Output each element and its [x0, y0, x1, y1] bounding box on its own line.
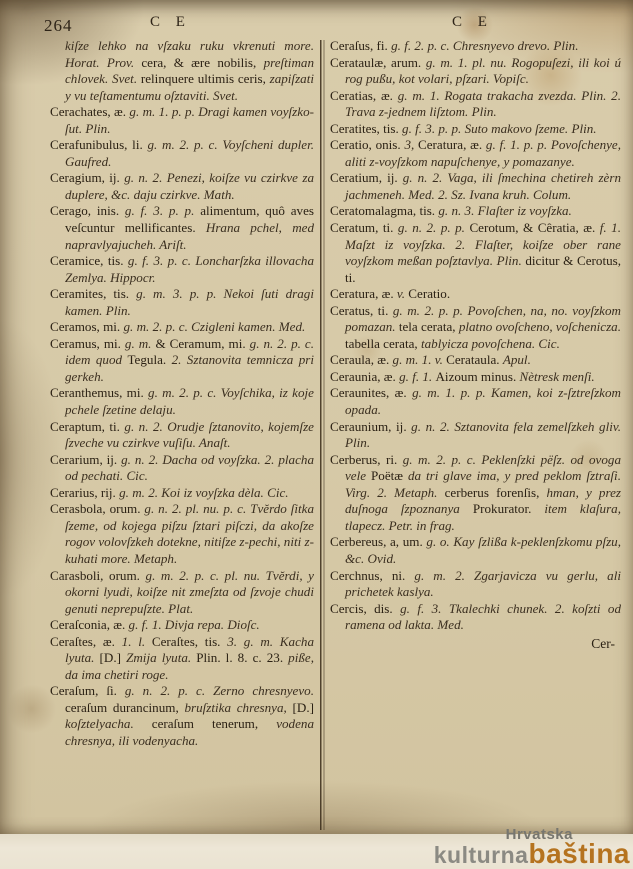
entry-headword-text: Ceratura, æ. [418, 137, 486, 152]
dictionary-entry: Ceramus, mi. g. m. & Ceramum, mi. g. n. … [50, 336, 314, 386]
entry-gloss-text: 1. l. [122, 634, 152, 649]
entry-gloss-text: Nètresk menſi. [520, 369, 595, 384]
dictionary-entry: Ceratium, ij. g. n. 2. Vaga, ili ſmechin… [330, 170, 621, 203]
text-columns: kiſze lehko na vſzaku ruku vkrenuti more… [50, 38, 621, 832]
entry-headword-text: Cerberus, ri. [330, 452, 403, 467]
dictionary-entry: Ceratura, æ. v. Ceratio. [330, 286, 621, 303]
entry-headword-text: Ceratias, æ. [330, 88, 398, 103]
paper-sheet: 264 C E C E kiſze lehko na vſzaku ruku v… [0, 0, 633, 834]
entry-headword-text: Ceratomalagma, tis. [330, 203, 438, 218]
entry-headword-text: Cercis, dis. [330, 601, 400, 616]
entry-headword-text: Ceranthemus, mi. [50, 385, 148, 400]
running-head-right: C E [452, 14, 493, 31]
watermark: Hrvatska kulturnabaština [434, 827, 630, 868]
entry-headword-text: [D.] [100, 650, 127, 665]
entry-headword-text: Ceraunium, ij. [330, 419, 411, 434]
dictionary-entry: Cerachates, æ. g. m. 1. p. p. Dragi kame… [50, 104, 314, 137]
dictionary-entry: Ceratum, ti. g. n. 2. p. p. Cerotum, & C… [330, 220, 621, 286]
entry-headword-text: Aizoum minus. [435, 369, 519, 384]
entry-gloss-text: Zmija lyuta. [126, 650, 196, 665]
entry-headword-text: tabella cerata, [345, 336, 421, 351]
entry-gloss-text: koſztelyacha. [65, 716, 152, 731]
dictionary-entry: Ceraunia, æ. g. f. 1. Aizoum minus. Nètr… [330, 369, 621, 386]
entry-gloss-text: g. m. 2. Koi iz voyſzka dèla. Cic. [119, 485, 288, 500]
dictionary-entry: Ceratites, tis. g. f. 3. p. p. Suto mako… [330, 121, 621, 138]
entry-gloss-text: platno ovoſcheno, voſchenicza. [459, 319, 621, 334]
entry-headword-text: [D.] [293, 700, 314, 715]
entry-headword-text: tela cerata, [399, 319, 459, 334]
dictionary-entry: Ceraula, æ. g. m. 1. v. Cerataula. Apul. [330, 352, 621, 369]
entry-headword-text: Ceratum, ti. [330, 220, 398, 235]
entry-headword-text: Cerafunibulus, li. [50, 137, 147, 152]
entry-gloss-text: g. f. 2. p. c. Chresnyevo drevo. Plin. [391, 38, 578, 53]
entry-headword-text: Ceraptum, ti. [50, 419, 124, 434]
dictionary-entry: Ceramites, tis. g. m. 3. p. p. Nekoi ſut… [50, 286, 314, 319]
entry-gloss-text: v. [397, 286, 408, 301]
entry-headword-text: Ceramus, mi. [50, 336, 125, 351]
dictionary-entry: Ceraſus, fi. g. f. 2. p. c. Chresnyevo d… [330, 38, 621, 55]
column-divider-rule [320, 40, 325, 830]
dictionary-entry: Cerchnus, ni. g. m. 2. Zgarjavicza vu ge… [330, 568, 621, 601]
entry-headword-text: Cerago, inis. [50, 203, 125, 218]
entry-headword-text: Cerotum, & Cêratia, æ. [469, 220, 599, 235]
entry-headword-text: Ceramos, mi. [50, 319, 123, 334]
entry-headword-text: Ceraſtes, tis. [152, 634, 227, 649]
dictionary-entry: Cerarius, rij. g. m. 2. Koi iz voyſzka d… [50, 485, 314, 502]
entry-gloss-text: g. f. 3. p. p. [125, 203, 200, 218]
dictionary-entry: Ceratus, ti. g. m. 2. p. p. Povoſchen, n… [330, 303, 621, 353]
dictionary-entry: Ceraſtes, æ. 1. l. Ceraſtes, tis. 3. g. … [50, 634, 314, 684]
dictionary-entry: Cerarium, ij. g. n. 2. Dacha od voyſzka.… [50, 452, 314, 485]
entry-headword-text: Cerchnus, ni. [330, 568, 414, 583]
dictionary-entry: Ceratomalagma, tis. g. n. 3. Flaſter iz … [330, 203, 621, 220]
entry-gloss-text: g. n. 2. p. c. Zerno chresnyevo. [125, 683, 314, 698]
entry-gloss-text: g. m. 2. p. c. Czigleni kamen. Med. [123, 319, 305, 334]
dictionary-entry: Ceratias, æ. g. m. 1. Rogata trakacha zv… [330, 88, 621, 121]
entry-headword-text: Ceratura, æ. [330, 286, 397, 301]
entry-gloss-text: g. m. [125, 336, 156, 351]
dictionary-entry: Carasboli, orum. g. m. 2. p. c. pl. nu. … [50, 568, 314, 618]
entry-headword-text: Ceratio. [408, 286, 450, 301]
dictionary-entry: Ceraſconia, æ. g. f. 1. Divja repa. Dioſ… [50, 617, 314, 634]
watermark-wordmark: kulturnabaština [434, 840, 630, 868]
entry-headword-text: Cerarium, ij. [50, 452, 121, 467]
dictionary-entry: Cerbereus, a, um. g. o. Kay ſzlißa k-pek… [330, 534, 621, 567]
entry-headword-text: Ceratium, ij. [330, 170, 403, 185]
entry-headword-text: Ceraunites, æ. [330, 385, 412, 400]
entry-headword-text: Cerachates, æ. [50, 104, 129, 119]
entry-headword-text: Ceratus, ti. [330, 303, 393, 318]
entry-headword-text: Ceraſus, fi. [330, 38, 391, 53]
entry-headword-text: Tegula. [127, 352, 171, 367]
entry-headword-text: Ceratio, onis. [330, 137, 404, 152]
entry-gloss-text: 3, [404, 137, 418, 152]
dictionary-entry: Ceragium, ij. g. n. 2. Penezi, koiſze vu… [50, 170, 314, 203]
book-page-scan: 264 C E C E kiſze lehko na vſzaku ruku v… [0, 0, 633, 869]
text-column-right: Ceraſus, fi. g. f. 2. p. c. Chresnyevo d… [330, 38, 621, 832]
entry-headword-text: Ceraſconia, æ. [50, 617, 129, 632]
entry-gloss-text: g. f. 3. p. p. Suto makovo ſzeme. Plin. [402, 121, 597, 136]
entry-headword-text: relinquere ultimis ceris, [141, 71, 270, 86]
entry-headword-text: ceraſum durancinum, [65, 700, 184, 715]
watermark-bastina-label: baština [528, 838, 630, 869]
entry-headword-text: Ceraunia, æ. [330, 369, 399, 384]
entry-headword-text: Cerbereus, a, um. [330, 534, 426, 549]
dictionary-entry: Ceraunites, æ. g. m. 1. p. p. Kamen, koi… [330, 385, 621, 418]
dictionary-entry: Ceramice, tis. g. f. 3. p. c. Loncharſzk… [50, 253, 314, 286]
entry-headword-text: Ceraſum, ſi. [50, 683, 125, 698]
entry-headword-text: Prokurator. [473, 501, 545, 516]
entry-gloss-text: g. n. 2. p. p. [398, 220, 470, 235]
dictionary-entry: Ceramos, mi. g. m. 2. p. c. Czigleni kam… [50, 319, 314, 336]
running-head-left: C E [150, 14, 191, 31]
entry-gloss-text: g. m. 1. v. [393, 352, 447, 367]
entry-headword-text: cerberus forenſis, [445, 485, 547, 500]
entry-headword-text: ceraſum tenerum, [152, 716, 276, 731]
entry-headword-text: Cerataula. [446, 352, 503, 367]
entry-headword-text: Carasboli, orum. [50, 568, 146, 583]
entry-gloss-text: Apul. [503, 352, 531, 367]
entry-headword-text: & Ceramum, mi. [155, 336, 249, 351]
entry-headword-text: Cerasbola, orum. [50, 501, 144, 516]
page-number: 264 [44, 16, 73, 36]
entry-headword-text: Plin. l. 8. c. 23. [196, 650, 288, 665]
dictionary-entry: Cerberus, ri. g. m. 2. p. c. Peklenſzki … [330, 452, 621, 535]
entry-gloss-text: g. f. 1. [399, 369, 435, 384]
dictionary-entry: Ceraſum, ſi. g. n. 2. p. c. Zerno chresn… [50, 683, 314, 749]
dictionary-entry: Cercis, dis. g. f. 3. Tkalechki chunek. … [330, 601, 621, 634]
text-column-left: kiſze lehko na vſzaku ruku vkrenuti more… [50, 38, 314, 832]
entry-headword-text: Cerarius, rij. [50, 485, 119, 500]
dictionary-entry: Ceranthemus, mi. g. m. 2. p. c. Voyſchik… [50, 385, 314, 418]
entry-headword-text: cera, & ære nobilis, [141, 55, 263, 70]
dictionary-entry: Ceraunium, ij. g. n. 2. Sztanovita fela … [330, 419, 621, 452]
catchword: Cer- [330, 636, 615, 653]
entry-headword-text: Ceratites, tis. [330, 121, 402, 136]
entry-headword-text: Ceraſtes, æ. [50, 634, 122, 649]
dictionary-entry: Cerago, inis. g. f. 3. p. p. alimentum, … [50, 203, 314, 253]
entry-gloss-text: tablyicza povoſchena. Cic. [421, 336, 560, 351]
entry-headword-text: Ceragium, ij. [50, 170, 124, 185]
dictionary-entry: kiſze lehko na vſzaku ruku vkrenuti more… [50, 38, 314, 104]
entry-gloss-text: bruſztika chresnya, [184, 700, 292, 715]
entry-headword-text: Ceramites, tis. [50, 286, 136, 301]
dictionary-entry: Cerafunibulus, li. g. m. 2. p. c. Voyſch… [50, 137, 314, 170]
dictionary-entry: Ceraptum, ti. g. n. 2. Orudje ſztanovito… [50, 419, 314, 452]
dictionary-entry: Cerataulæ, arum. g. m. 1. pl. nu. Rogopu… [330, 55, 621, 88]
entry-headword-text: Ceramice, tis. [50, 253, 128, 268]
entry-gloss-text: g. n. 3. Flaſter iz voyſzka. [438, 203, 571, 218]
entry-headword-text: Ceraula, æ. [330, 352, 393, 367]
dictionary-entry: Cerasbola, orum. g. n. 2. pl. nu. p. c. … [50, 501, 314, 567]
entry-headword-text: Poëtæ [371, 468, 408, 483]
dictionary-entry: Ceratio, onis. 3, Ceratura, æ. g. f. 1. … [330, 137, 621, 170]
watermark-kulturna-label: kulturna [434, 842, 529, 868]
entry-gloss-text: g. f. 1. Divja repa. Dioſc. [129, 617, 260, 632]
entry-headword-text: Cerataulæ, arum. [330, 55, 426, 70]
